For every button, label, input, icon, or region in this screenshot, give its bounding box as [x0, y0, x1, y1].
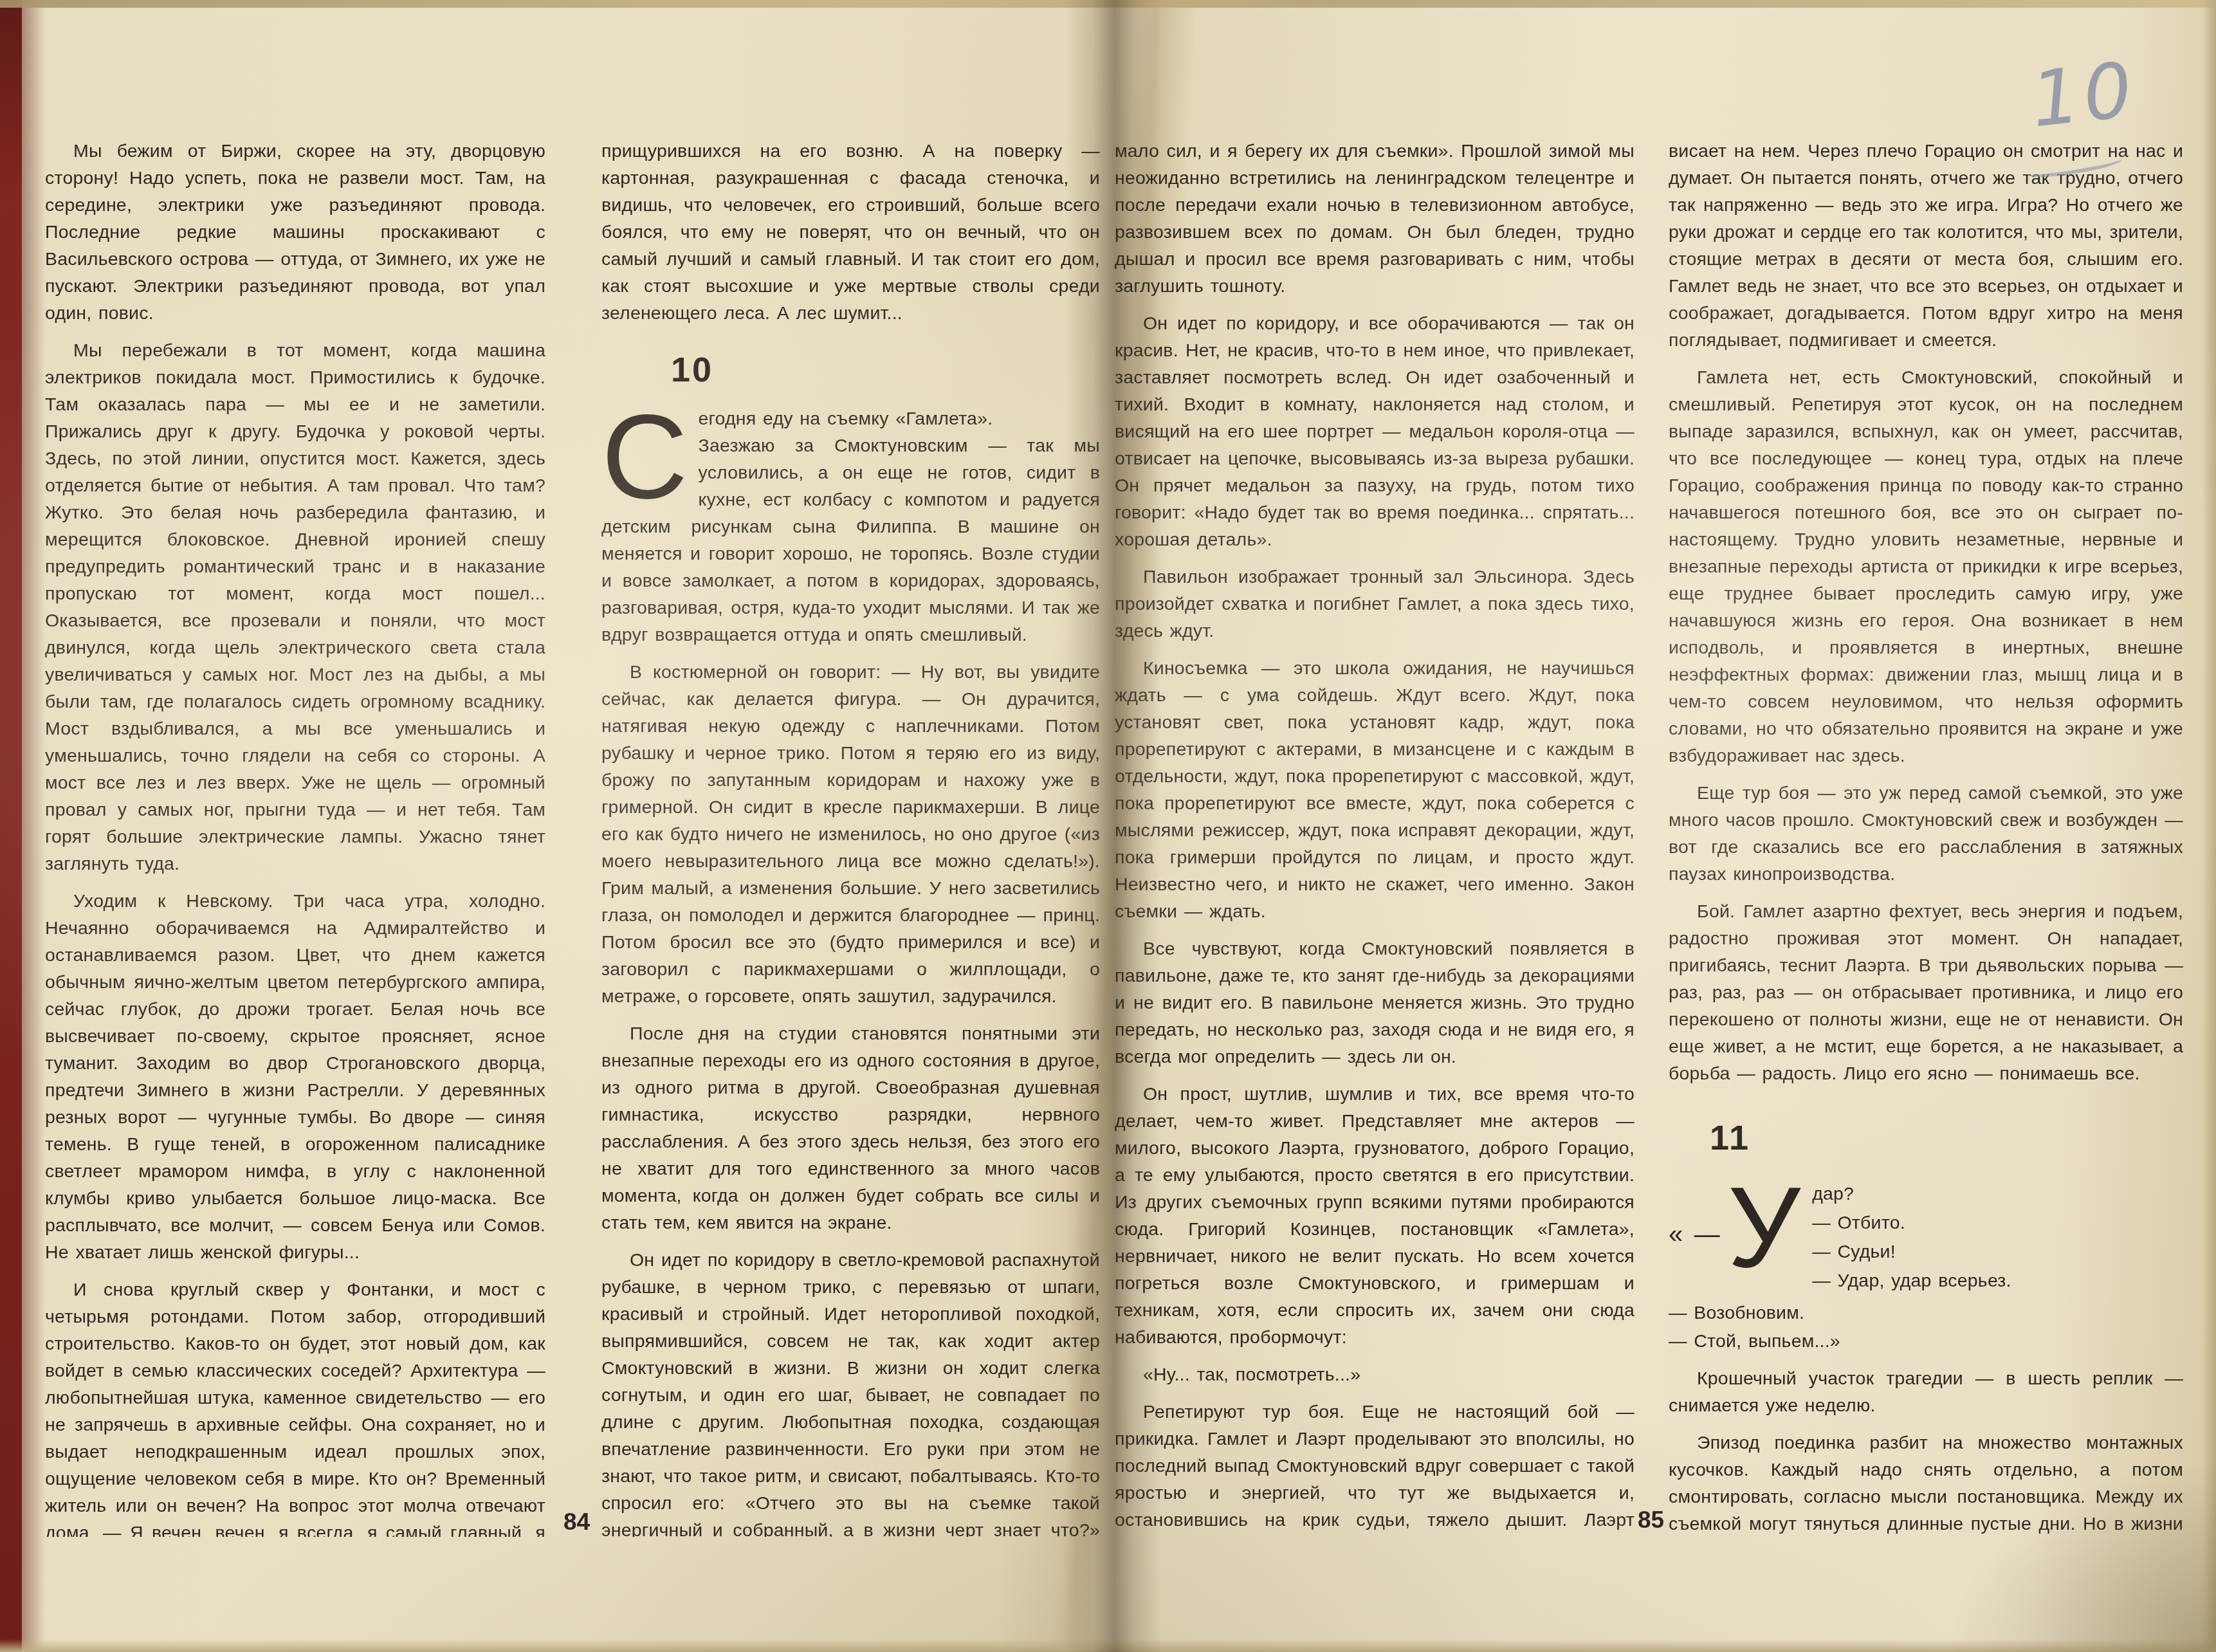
paragraph: прищурившихся на его возню. А на поверку… — [601, 138, 1100, 327]
paragraph: В костюмерной он говорит: — Ну вот, вы у… — [601, 659, 1100, 1010]
paragraph: Мы перебежали в тот момент, когда машина… — [45, 337, 545, 877]
section-10-opening: С егодня еду на съемку «Гамлета». Заезжа… — [601, 405, 1100, 648]
dialogue-line: — Удар, удар всерьез. — [1812, 1267, 2011, 1296]
book-gutter-shadow — [1065, 0, 1161, 1652]
drop-cap-letter-s: С — [601, 405, 699, 506]
book-cover-edge — [0, 0, 22, 1652]
paragraph: Павильон изображает тронный зал Эльсинор… — [1115, 564, 1635, 645]
paragraph: Крошечный участок трагедии — в шесть реп… — [1669, 1365, 2183, 1419]
page85-column-2: висает на нем. Через плечо Горацио он см… — [1669, 138, 2183, 1537]
section-11-dialogue-opening: « — У дар? — Отбито. — Судьи! — Удар, уд… — [1669, 1180, 2183, 1296]
paragraph: Все чувствуют, когда Смоктуновский появл… — [1115, 935, 1635, 1070]
paragraph: Киносъемка — это школа ожидания, не науч… — [1115, 655, 1635, 925]
paragraph: Мы бежим от Биржи, скорее на эту, дворцо… — [45, 138, 545, 327]
paragraph: «Ну... так, посмотреть...» — [1115, 1361, 1635, 1388]
handwritten-page-note: 10 — [2027, 45, 2140, 144]
paragraph: И снова круглый сквер у Фонтанки, и мост… — [45, 1276, 545, 1537]
paragraph: мало сил, и я берегу их для съемки». Про… — [1115, 138, 1635, 300]
paragraph: Еще тур боя — это уж перед самой съемкой… — [1669, 780, 2183, 888]
page-number-85: 85 — [1638, 1507, 1664, 1534]
paragraph: висает на нем. Через плечо Горацио он см… — [1669, 138, 2183, 354]
section-heading-10: 10 — [671, 356, 1100, 383]
paragraph: Репетируют тур боя. Еще не настоящий бой… — [1115, 1399, 1635, 1537]
paragraph: Он идет по коридору, и все оборачиваются… — [1115, 310, 1635, 553]
page-number-84: 84 — [563, 1509, 590, 1536]
drop-cap-letter-u: У — [1728, 1189, 1800, 1266]
dialogue-line: дар? — [1812, 1180, 2011, 1209]
paragraph: Он прост, шутлив, шумлив и тих, все врем… — [1115, 1081, 1635, 1351]
page84-column-1: Мы бежим от Биржи, скорее на эту, дворцо… — [45, 138, 545, 1537]
paragraph: После дня на студии становятся понятными… — [601, 1020, 1100, 1236]
dialogue-line: — Стой, выпьем...» — [1669, 1328, 2183, 1355]
paragraph: Он идет по коридору в светло-кремовой ра… — [601, 1247, 1100, 1537]
paragraph: Гамлета нет, есть Смоктуновский, спокойн… — [1669, 364, 2183, 769]
section-heading-11: 11 — [1710, 1124, 2183, 1152]
dialogue-line: — Возобновим. — [1669, 1299, 2183, 1326]
opening-quote-dash: « — — [1669, 1221, 1721, 1248]
dialogue-lines: дар? — Отбито. — Судьи! — Удар, удар все… — [1812, 1180, 2011, 1296]
dialogue-line: — Судьи! — [1812, 1238, 2011, 1267]
page85-column-1: мало сил, и я берегу их для съемки». Про… — [1115, 138, 1635, 1537]
cover-edge-shadow — [22, 0, 45, 1652]
page84-column-2: прищурившихся на его возню. А на поверку… — [601, 138, 1100, 1537]
corner-shadow — [1946, 1459, 2216, 1652]
dialogue-line: — Отбито. — [1812, 1209, 2011, 1238]
paragraph: Бой. Гамлет азартно фехтует, весь энерги… — [1669, 898, 2183, 1087]
paragraph: Уходим к Невскому. Три часа утра, холодн… — [45, 888, 545, 1266]
magazine-spread-scan: Мы бежим от Биржи, скорее на эту, дворцо… — [0, 0, 2216, 1652]
scan-right-edge — [2202, 0, 2216, 1652]
